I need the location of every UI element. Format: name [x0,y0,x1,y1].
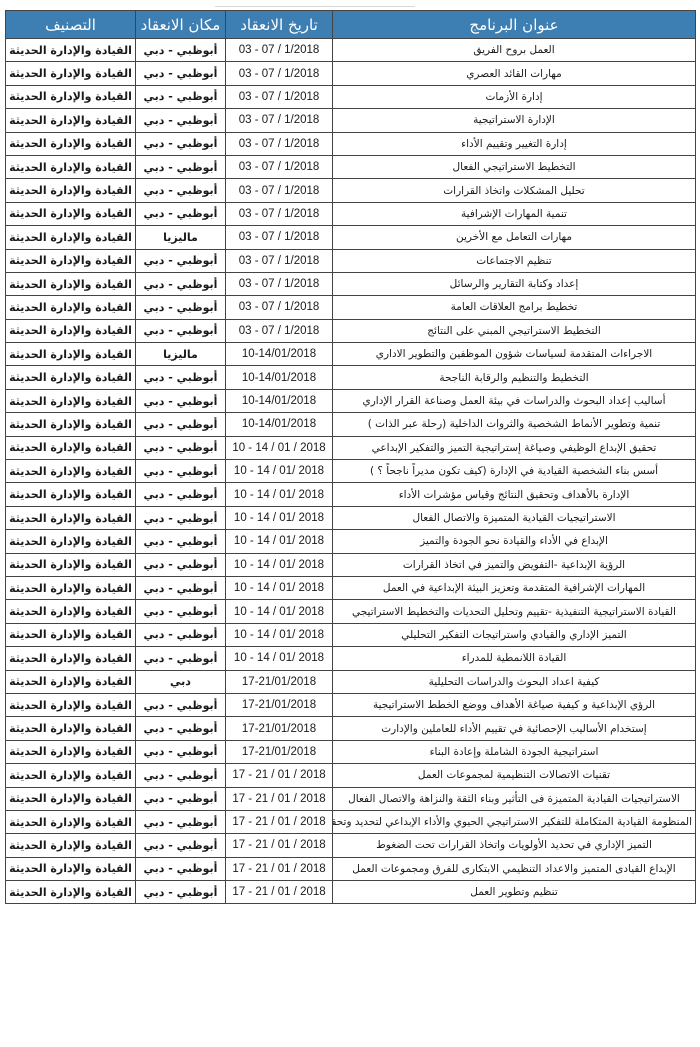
location-cell: أبوظبي - دبي [136,857,226,880]
date-cell: 10-14/01/2018 [226,343,333,366]
date-cell: 03 - 07 / 1/2018 [226,249,333,272]
program-title-cell: تحقيق الإبداع الوظيفي وصياغة إستراتيجية … [333,436,696,459]
location-cell: أبوظبي - دبي [136,296,226,319]
location-cell: أبوظبي - دبي [136,810,226,833]
program-title-cell: تنمية المهارات الإشرافية [333,202,696,225]
program-title-cell: القيادة الاستراتيجية التنفيذية -تقييم وت… [333,600,696,623]
category-cell: القيادة والإدارة الحديثة [6,740,136,763]
table-row: أساليب إعداد البحوث والدراسات في بيئة ال… [6,389,696,412]
program-title-cell: التخطيط الاستراتيجي الفعال [333,155,696,178]
table-row: المنظومة القيادية المتكاملة للتفكير الاس… [6,810,696,833]
table-body: العمل بروح الفريق03 - 07 / 1/2018أبوظبي … [6,39,696,904]
date-cell: 03 - 07 / 1/2018 [226,109,333,132]
table-row: الاستراتيجيات القيادية المتميزة فى التأث… [6,787,696,810]
category-cell: القيادة والإدارة الحديثة [6,460,136,483]
category-cell: القيادة والإدارة الحديثة [6,483,136,506]
table-row: إدارة الأزمات03 - 07 / 1/2018أبوظبي - دب… [6,85,696,108]
table-row: الرؤي الإبداعية و كيفية صياغة الأهداف وو… [6,693,696,716]
category-cell: القيادة والإدارة الحديثة [6,343,136,366]
program-title-cell: الاجراءات المتقدمة لسياسات شؤون الموظفين… [333,343,696,366]
category-cell: القيادة والإدارة الحديثة [6,506,136,529]
table-row: كيفية اعداد البحوث والدراسات التحليلية17… [6,670,696,693]
table-row: الاجراءات المتقدمة لسياسات شؤون الموظفين… [6,343,696,366]
programs-table: عنوان البرنامج تاريخ الانعقاد مكان الانع… [5,10,696,904]
program-title-cell: تنمية وتطوير الأنماط الشخصية والثروات ال… [333,413,696,436]
table-row: الإدارة الاستراتيجية03 - 07 / 1/2018أبوظ… [6,109,696,132]
date-cell: 17 - 21 / 01 / 2018 [226,764,333,787]
category-cell: القيادة والإدارة الحديثة [6,600,136,623]
table-row: إدارة التغيير وتقييم الأداء03 - 07 / 1/2… [6,132,696,155]
date-cell: 17-21/01/2018 [226,740,333,763]
date-cell: 10-14/01/2018 [226,366,333,389]
table-header-row: عنوان البرنامج تاريخ الانعقاد مكان الانع… [6,11,696,39]
table-row: تحقيق الإبداع الوظيفي وصياغة إستراتيجية … [6,436,696,459]
location-cell: أبوظبي - دبي [136,39,226,62]
date-cell: 03 - 07 / 1/2018 [226,132,333,155]
location-cell: أبوظبي - دبي [136,436,226,459]
location-cell: أبوظبي - دبي [136,787,226,810]
header-date: تاريخ الانعقاد [226,11,333,39]
program-title-cell: التميز الإداري في تحديد الأولويات واتخاذ… [333,834,696,857]
date-cell: 17-21/01/2018 [226,693,333,716]
location-cell: أبوظبي - دبي [136,132,226,155]
date-cell: 10-14/01/2018 [226,413,333,436]
category-cell: القيادة والإدارة الحديثة [6,62,136,85]
category-cell: القيادة والإدارة الحديثة [6,132,136,155]
date-cell: 03 - 07 / 1/2018 [226,62,333,85]
date-cell: 10 - 14 / 01/ 2018 [226,506,333,529]
category-cell: القيادة والإدارة الحديثة [6,717,136,740]
program-title-cell: تقنيات الاتصالات التنظيمية لمجموعات العم… [333,764,696,787]
table-row: تنظيم وتطوير العمل17 - 21 / 01 / 2018أبو… [6,881,696,904]
date-cell: 03 - 07 / 1/2018 [226,202,333,225]
category-cell: القيادة والإدارة الحديثة [6,693,136,716]
table-row: التخطيط الاستراتيجي المبني على النتائج03… [6,319,696,342]
date-cell: 10 - 14 / 01/ 2018 [226,460,333,483]
date-cell: 03 - 07 / 1/2018 [226,179,333,202]
program-title-cell: أسس بناء الشخصية القيادية في الإدارة (كي… [333,460,696,483]
table-row: تنمية المهارات الإشرافية03 - 07 / 1/2018… [6,202,696,225]
header-location: مكان الانعقاد [136,11,226,39]
category-cell: القيادة والإدارة الحديثة [6,857,136,880]
category-cell: القيادة والإدارة الحديثة [6,39,136,62]
table-row: التخطيط والتنظيم والرقابة الناجحة10-14/0… [6,366,696,389]
location-cell: أبوظبي - دبي [136,530,226,553]
table-row: العمل بروح الفريق03 - 07 / 1/2018أبوظبي … [6,39,696,62]
date-cell: 03 - 07 / 1/2018 [226,272,333,295]
program-title-cell: إدارة الأزمات [333,85,696,108]
table-row: مهارات القائد العصري03 - 07 / 1/2018أبوظ… [6,62,696,85]
program-title-cell: الإبداع القيادى المتميز والاعداد التنظيم… [333,857,696,880]
category-cell: القيادة والإدارة الحديثة [6,85,136,108]
table-row: الرؤية الإبداعية -التفويض والتميز في اتخ… [6,553,696,576]
location-cell: أبوظبي - دبي [136,202,226,225]
category-cell: القيادة والإدارة الحديثة [6,553,136,576]
table-row: أسس بناء الشخصية القيادية في الإدارة (كي… [6,460,696,483]
program-title-cell: مهارات التعامل مع الأخرين [333,226,696,249]
program-title-cell: الاستراتيجيات القيادية المتميزة والاتصال… [333,506,696,529]
date-cell: 17-21/01/2018 [226,670,333,693]
date-cell: 10 - 14 / 01/ 2018 [226,553,333,576]
program-title-cell: الإدارة الاستراتيجية [333,109,696,132]
location-cell: أبوظبي - دبي [136,881,226,904]
program-title-cell: المهارات الإشرافية المتقدمة وتعزيز البيئ… [333,576,696,599]
table-row: إعداد وكتابة التقارير والرسائل03 - 07 / … [6,272,696,295]
category-cell: القيادة والإدارة الحديثة [6,319,136,342]
program-title-cell: الرؤية الإبداعية -التفويض والتميز في اتخ… [333,553,696,576]
program-title-cell: إستخدام الأساليب الإحصائية في تقييم الأد… [333,717,696,740]
date-cell: 10 - 14 / 01/ 2018 [226,623,333,646]
program-title-cell: التخطيط الاستراتيجي المبني على النتائج [333,319,696,342]
table-row: المهارات الإشرافية المتقدمة وتعزيز البيئ… [6,576,696,599]
location-cell: أبوظبي - دبي [136,272,226,295]
category-cell: القيادة والإدارة الحديثة [6,670,136,693]
program-title-cell: المنظومة القيادية المتكاملة للتفكير الاس… [333,810,696,833]
date-cell: 17 - 21 / 01 / 2018 [226,810,333,833]
program-title-cell: استراتيجية الجودة الشاملة وإعادة البناء [333,740,696,763]
program-title-cell: مهارات القائد العصري [333,62,696,85]
table-row: تخطيط برامج العلاقات العامة03 - 07 / 1/2… [6,296,696,319]
category-cell: القيادة والإدارة الحديثة [6,764,136,787]
location-cell: أبوظبي - دبي [136,647,226,670]
table-row: القيادة الاستراتيجية التنفيذية -تقييم وت… [6,600,696,623]
program-title-cell: تخطيط برامج العلاقات العامة [333,296,696,319]
location-cell: أبوظبي - دبي [136,460,226,483]
date-cell: 10 - 14 / 01/ 2018 [226,483,333,506]
date-cell: 10 - 14 / 01/ 2018 [226,530,333,553]
date-cell: 03 - 07 / 1/2018 [226,39,333,62]
location-cell: أبوظبي - دبي [136,764,226,787]
category-cell: القيادة والإدارة الحديثة [6,623,136,646]
category-cell: القيادة والإدارة الحديثة [6,202,136,225]
table-row: التخطيط الاستراتيجي الفعال03 - 07 / 1/20… [6,155,696,178]
location-cell: أبوظبي - دبي [136,693,226,716]
category-cell: القيادة والإدارة الحديثة [6,296,136,319]
location-cell: أبوظبي - دبي [136,85,226,108]
location-cell: أبوظبي - دبي [136,62,226,85]
location-cell: أبوظبي - دبي [136,740,226,763]
date-cell: 10 - 14 / 01/ 2018 [226,647,333,670]
table-row: الاستراتيجيات القيادية المتميزة والاتصال… [6,506,696,529]
category-cell: القيادة والإدارة الحديثة [6,179,136,202]
table-row: الإبداع القيادى المتميز والاعداد التنظيم… [6,857,696,880]
category-cell: القيادة والإدارة الحديثة [6,249,136,272]
date-cell: 17 - 21 / 01 / 2018 [226,787,333,810]
program-title-cell: كيفية اعداد البحوث والدراسات التحليلية [333,670,696,693]
category-cell: القيادة والإدارة الحديثة [6,436,136,459]
program-title-cell: تنظيم الاجتماعات [333,249,696,272]
date-cell: 10-14/01/2018 [226,389,333,412]
location-cell: أبوظبي - دبي [136,389,226,412]
category-cell: القيادة والإدارة الحديثة [6,389,136,412]
table-row: الإبداع في الأداء والقيادة نحو الجودة وا… [6,530,696,553]
program-title-cell: التخطيط والتنظيم والرقابة الناجحة [333,366,696,389]
category-cell: القيادة والإدارة الحديثة [6,647,136,670]
location-cell: أبوظبي - دبي [136,179,226,202]
category-cell: القيادة والإدارة الحديثة [6,834,136,857]
location-cell: أبوظبي - دبي [136,483,226,506]
location-cell: أبوظبي - دبي [136,319,226,342]
location-cell: ماليزيا [136,226,226,249]
category-cell: القيادة والإدارة الحديثة [6,576,136,599]
category-cell: القيادة والإدارة الحديثة [6,530,136,553]
location-cell: أبوظبي - دبي [136,717,226,740]
program-title-cell: تنظيم وتطوير العمل [333,881,696,904]
program-title-cell: الرؤي الإبداعية و كيفية صياغة الأهداف وو… [333,693,696,716]
category-cell: القيادة والإدارة الحديثة [6,787,136,810]
category-cell: القيادة والإدارة الحديثة [6,272,136,295]
date-cell: 03 - 07 / 1/2018 [226,319,333,342]
table-row: القيادة اللانمطية للمدراء10 - 14 / 01/ 2… [6,647,696,670]
location-cell: أبوظبي - دبي [136,413,226,436]
date-cell: 03 - 07 / 1/2018 [226,85,333,108]
location-cell: أبوظبي - دبي [136,834,226,857]
location-cell: أبوظبي - دبي [136,366,226,389]
date-cell: 03 - 07 / 1/2018 [226,296,333,319]
date-cell: 03 - 07 / 1/2018 [226,226,333,249]
program-title-cell: أساليب إعداد البحوث والدراسات في بيئة ال… [333,389,696,412]
program-title-cell: التميز الإداري والقيادي واستراتيجات التف… [333,623,696,646]
date-cell: 17 - 21 / 01 / 2018 [226,834,333,857]
location-cell: ماليزيا [136,343,226,366]
category-cell: القيادة والإدارة الحديثة [6,881,136,904]
table-row: تحليل المشكلات واتخاذ القرارات03 - 07 / … [6,179,696,202]
program-title-cell: القيادة اللانمطية للمدراء [333,647,696,670]
table-row: التميز الإداري والقيادي واستراتيجات التف… [6,623,696,646]
table-row: استراتيجية الجودة الشاملة وإعادة البناء1… [6,740,696,763]
location-cell: أبوظبي - دبي [136,109,226,132]
table-row: التميز الإداري في تحديد الأولويات واتخاذ… [6,834,696,857]
program-title-cell: العمل بروح الفريق [333,39,696,62]
program-title-cell: إعداد وكتابة التقارير والرسائل [333,272,696,295]
category-cell: القيادة والإدارة الحديثة [6,413,136,436]
date-cell: 10 - 14 / 01 / 2018 [226,436,333,459]
category-cell: القيادة والإدارة الحديثة [6,366,136,389]
header-title: عنوان البرنامج [333,11,696,39]
date-cell: 17 - 21 / 01 / 2018 [226,881,333,904]
table-row: إستخدام الأساليب الإحصائية في تقييم الأد… [6,717,696,740]
program-title-cell: تحليل المشكلات واتخاذ القرارات [333,179,696,202]
table-row: مهارات التعامل مع الأخرين03 - 07 / 1/201… [6,226,696,249]
date-cell: 17 - 21 / 01 / 2018 [226,857,333,880]
date-cell: 10 - 14 / 01/ 2018 [226,576,333,599]
location-cell: أبوظبي - دبي [136,623,226,646]
scan-edge-mark [215,0,415,7]
category-cell: القيادة والإدارة الحديثة [6,155,136,178]
category-cell: القيادة والإدارة الحديثة [6,109,136,132]
program-title-cell: الإبداع في الأداء والقيادة نحو الجودة وا… [333,530,696,553]
location-cell: أبوظبي - دبي [136,600,226,623]
table-row: تنظيم الاجتماعات03 - 07 / 1/2018أبوظبي -… [6,249,696,272]
table-row: الإدارة بالأهداف وتحقيق النتائج وقياس مؤ… [6,483,696,506]
program-title-cell: الاستراتيجيات القيادية المتميزة فى التأث… [333,787,696,810]
program-title-cell: إدارة التغيير وتقييم الأداء [333,132,696,155]
program-title-cell: الإدارة بالأهداف وتحقيق النتائج وقياس مؤ… [333,483,696,506]
date-cell: 17-21/01/2018 [226,717,333,740]
date-cell: 03 - 07 / 1/2018 [226,155,333,178]
location-cell: أبوظبي - دبي [136,506,226,529]
location-cell: أبوظبي - دبي [136,576,226,599]
category-cell: القيادة والإدارة الحديثة [6,810,136,833]
location-cell: أبوظبي - دبي [136,249,226,272]
table-row: تقنيات الاتصالات التنظيمية لمجموعات العم… [6,764,696,787]
header-category: التصنيف [6,11,136,39]
table-row: تنمية وتطوير الأنماط الشخصية والثروات ال… [6,413,696,436]
date-cell: 10 - 14 / 01/ 2018 [226,600,333,623]
category-cell: القيادة والإدارة الحديثة [6,226,136,249]
location-cell: أبوظبي - دبي [136,553,226,576]
location-cell: دبي [136,670,226,693]
location-cell: أبوظبي - دبي [136,155,226,178]
